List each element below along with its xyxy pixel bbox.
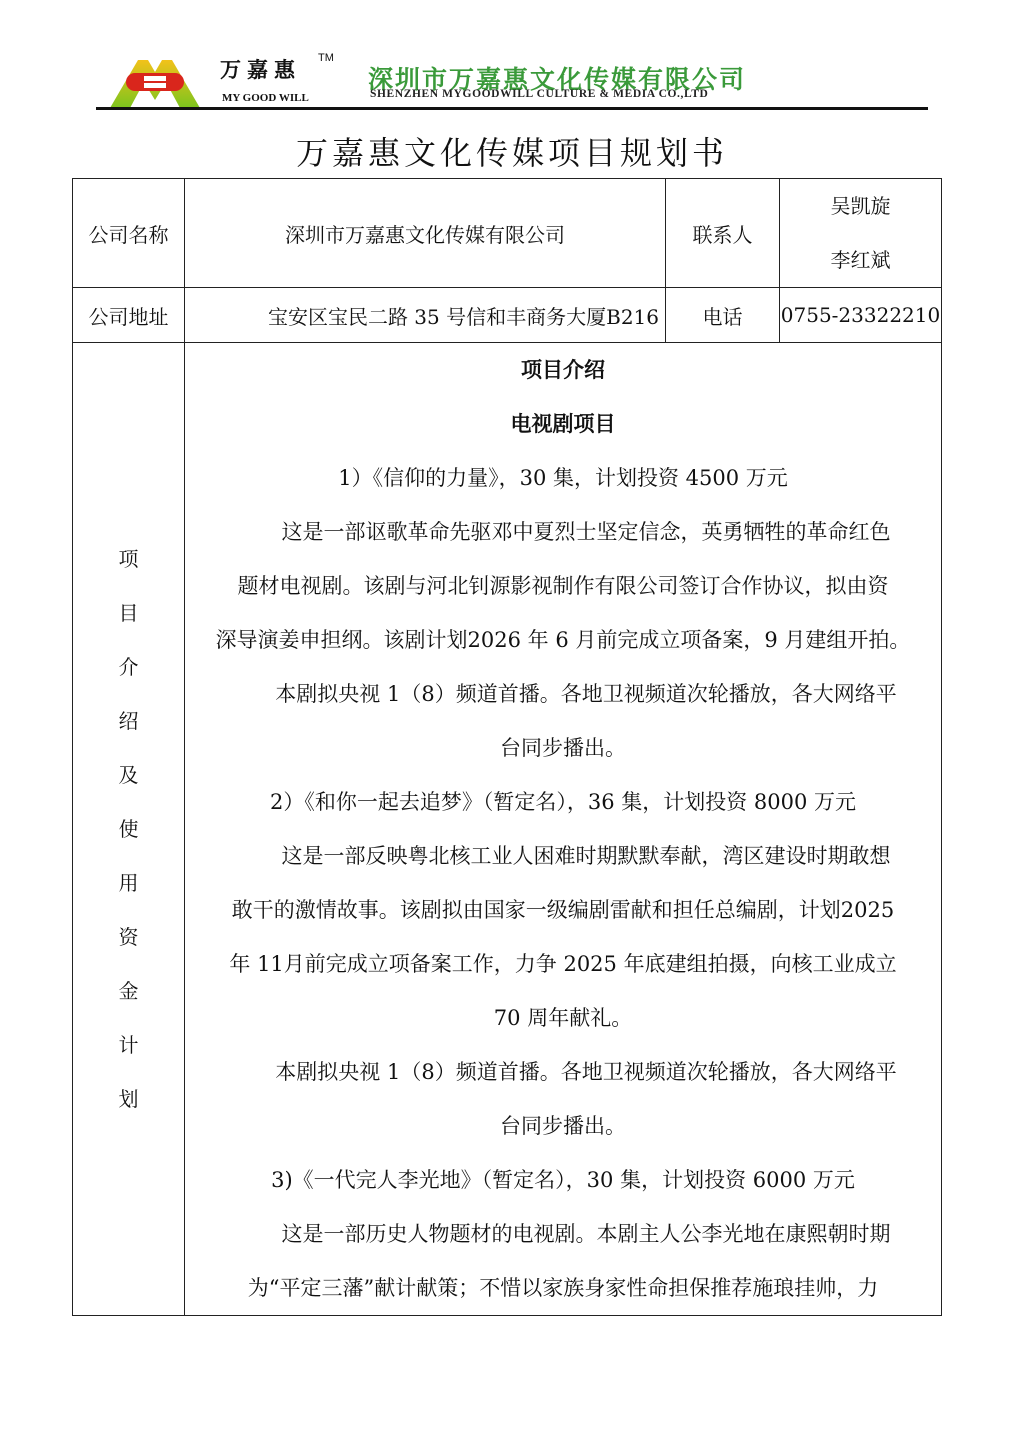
trademark-mark: TM [318,52,334,64]
paragraph-line: 这是一部讴歌革命先驱邓中夏烈士坚定信念，英勇牺牲的革命红色 [185,505,941,559]
section-label-char: 使 [119,802,139,856]
paragraph-line: 这是一部反映粤北核工业人困难时期默默奉献，湾区建设时期敢想 [185,829,941,883]
header-divider [96,107,928,110]
mygoodwill-logo-icon [108,56,203,108]
section-label-char: 金 [119,964,139,1018]
contact-label: 联系人 [666,179,780,288]
phone-label: 电话 [666,288,780,343]
paragraph-line: 为“平定三藩”献计献策；不惜以家族身家性命担保推荐施琅挂帅，力 [185,1261,941,1315]
company-name-value: 深圳市万嘉惠文化传媒有限公司 [185,179,666,288]
company-name-label: 公司名称 [73,179,185,288]
paragraph-line: 2）《和你一起去追梦》（暂定名），36 集，计划投资 8000 万元 [185,775,941,829]
section-label-char: 资 [119,910,139,964]
paragraph-lines: 1）《信仰的力量》，30 集，计划投资 4500 万元这是一部讴歌革命先驱邓中夏… [185,451,941,1315]
section-label-char: 划 [119,1072,139,1126]
paragraph-line: 深导演姜申担纲。该剧计划2026 年 6 月前完成立项备案，9 月建组开拍。 [185,613,941,667]
paragraph-line: 台同步播出。 [185,1099,941,1153]
paragraph-line: 年 11月前完成立项备案工作，力争 2025 年底建组拍摄，向核工业成立 [185,937,941,991]
contact-name: 吴凯旋 [780,179,941,233]
table-row-company: 公司名称 深圳市万嘉惠文化传媒有限公司 联系人 吴凯旋 李红斌 [73,179,942,288]
project-description: 项目介绍 电视剧项目 1）《信仰的力量》，30 集，计划投资 4500 万元这是… [185,343,942,1316]
section-label-char: 计 [119,1018,139,1072]
table-row-address: 公司地址 宝安区宝民二路 35 号信和丰商务大厦B216 电话 0755-233… [73,288,942,343]
brand-name-en: MY GOOD WILL [222,92,309,104]
letterhead: 万嘉惠 TM MY GOOD WILL 深圳市万嘉惠文化传媒有限公司 SHENZ… [96,52,928,110]
paragraph-line: 1）《信仰的力量》，30 集，计划投资 4500 万元 [185,451,941,505]
paragraph-line: 台同步播出。 [185,721,941,775]
section-label-char: 目 [119,586,139,640]
section-subheading: 电视剧项目 [185,397,941,451]
paragraph-line: 敢干的激情故事。该剧拟由国家一级编剧雷献和担任总编剧，计划2025 [185,883,941,937]
phone-value: 0755-23322210 [780,288,942,343]
section-label-vertical: 项目介绍及使用资金计划 [73,343,185,1316]
paragraph-line: 这是一部历史人物题材的电视剧。本剧主人公李光地在康熙朝时期 [185,1207,941,1261]
paragraph-line: 本剧拟央视 1（8）频道首播。各地卫视频道次轮播放，各大网络平 [185,1045,941,1099]
section-label-char: 介 [119,640,139,694]
project-info-table: 公司名称 深圳市万嘉惠文化传媒有限公司 联系人 吴凯旋 李红斌 公司地址 宝安区… [72,178,942,1316]
paragraph-line: 70 周年献礼。 [185,991,941,1045]
table-row-project: 项目介绍及使用资金计划 项目介绍 电视剧项目 1）《信仰的力量》，30 集，计划… [73,343,942,1316]
section-label-char: 项 [119,532,139,586]
address-value: 宝安区宝民二路 35 号信和丰商务大厦B216 [185,288,666,343]
company-name-en: SHENZHEN MYGOODWILL CULTURE & MEDIA CO.,… [370,88,708,100]
paragraph-line: 题材电视剧。该剧与河北钊源影视制作有限公司签订合作协议，拟由资 [185,559,941,613]
section-label-char: 用 [119,856,139,910]
brand-name-cn: 万嘉惠 [220,54,301,84]
section-label-char: 绍 [119,694,139,748]
section-label-chars: 项目介绍及使用资金计划 [73,532,184,1126]
address-label: 公司地址 [73,288,185,343]
section-label-char: 及 [119,748,139,802]
section-heading: 项目介绍 [185,343,941,397]
contact-name: 李红斌 [780,233,941,287]
document-title: 万嘉惠文化传媒项目规划书 [0,128,1024,174]
paragraph-line: 本剧拟央视 1（8）频道首播。各地卫视频道次轮播放，各大网络平 [185,667,941,721]
paragraph-line: 3)《一代完人李光地》（暂定名），30 集，计划投资 6000 万元 [185,1153,941,1207]
contact-names: 吴凯旋 李红斌 [780,179,942,288]
